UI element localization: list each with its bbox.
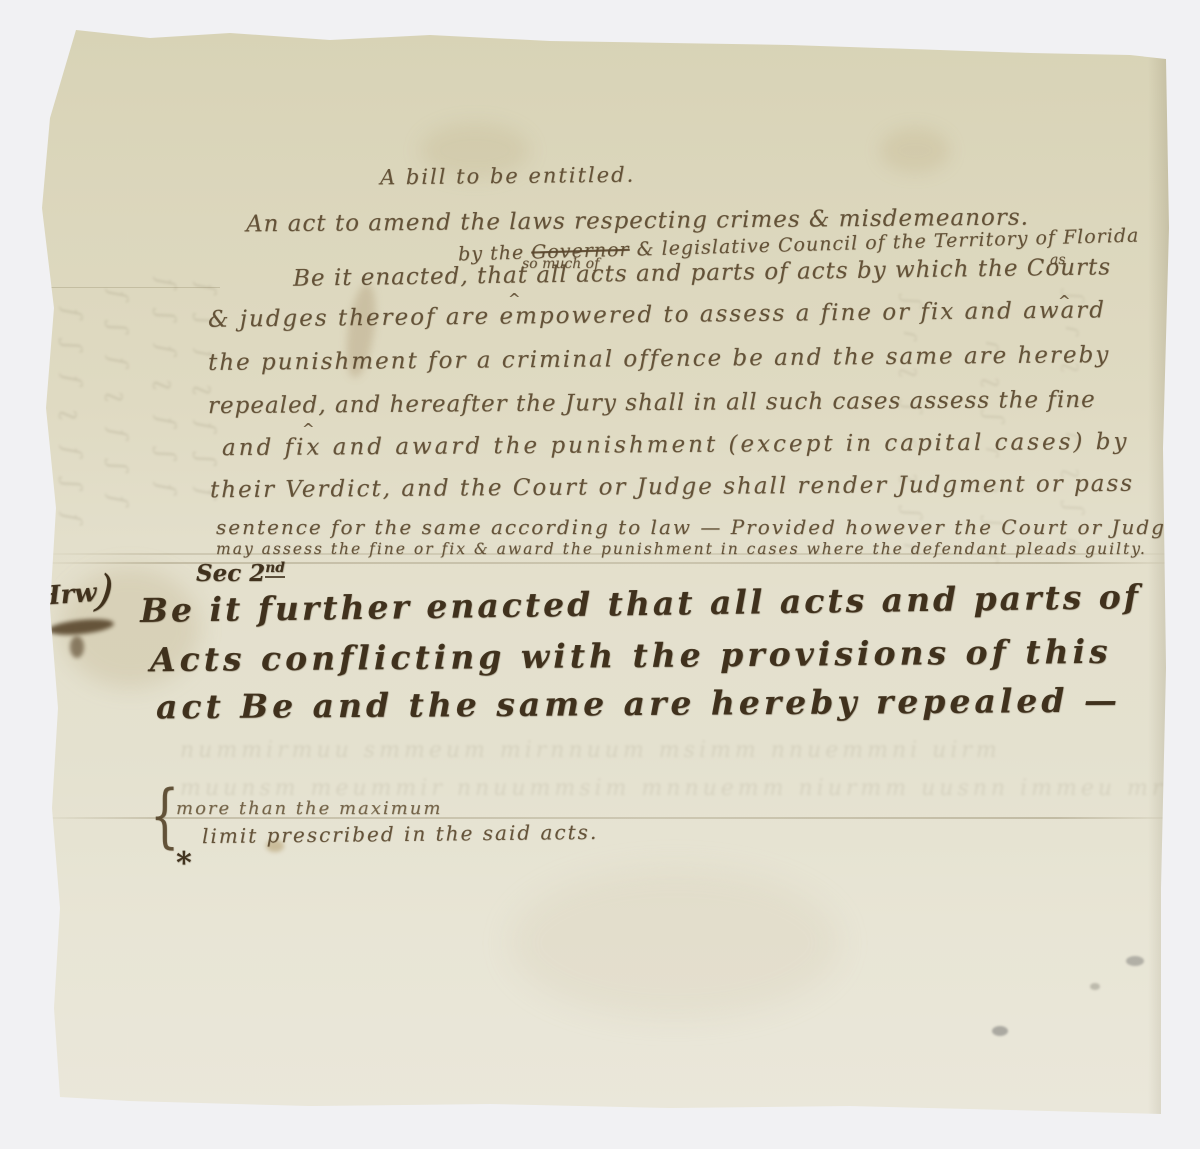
- body-line: act Be and the same are hereby repealed …: [156, 681, 1121, 727]
- section2-heading: Sec 2nd: [196, 560, 285, 587]
- body-line: and fix and award the punishment (except…: [222, 429, 1130, 461]
- body-line: sentence for the same according to law —…: [216, 515, 1180, 539]
- ink-smear: [70, 636, 84, 658]
- manuscript-page: ſ ʃ ſ ʅ ſ ʃ ſ ſ ʃ ſ ʅ ſ ʃ ſ ſ ʃ ſ ʅ ſ ʃ …: [30, 28, 1170, 1120]
- section-ordinal: nd: [265, 560, 285, 578]
- fragment-line: limit prescribed in the said acts.: [202, 820, 598, 848]
- paper-speck: [1090, 983, 1100, 990]
- bleed-through-marks: ſ ʃ ſ ʅ ſ ʃ ſ: [152, 278, 180, 558]
- asterisk-mark: *: [176, 846, 192, 881]
- scanned-document-view: ſ ʃ ſ ʅ ſ ʃ ſ ſ ʃ ſ ʅ ſ ʃ ſ ſ ʃ ſ ʅ ſ ʃ …: [0, 0, 1200, 1149]
- paper-stain: [510, 868, 840, 1018]
- edge-shadow: [1148, 28, 1170, 1120]
- body-line: Be it further enacted that all acts and …: [140, 577, 1141, 630]
- bleed-through-line: nummirmuu smmeum mirnnuum msimm nnuemmni…: [180, 738, 1001, 763]
- body-line: Acts conflicting with the provisions of …: [150, 632, 1112, 679]
- body-line: their Verdict, and the Court or Judge sh…: [210, 471, 1134, 503]
- fragment-bracket: {: [150, 775, 179, 856]
- bleed-through-marks: ſ ʃ ſ ʅ ſ ʃ ſ: [58, 308, 86, 558]
- bleed-through-marks: ʃ ɾ ʅ ʃ ɾ ʅ ʃ ɾ: [1060, 293, 1088, 553]
- ink-smear: [47, 617, 114, 638]
- body-line: the punishment for a criminal offence be…: [208, 342, 1110, 376]
- body-line: Be it enacted, that all acts and parts o…: [293, 254, 1111, 291]
- bleed-through-marks: ſ ʃ ſ ʅ ſ ʃ ſ: [104, 290, 132, 550]
- bill-title: A bill to be entitled.: [380, 163, 635, 190]
- paper-stain: [880, 128, 950, 173]
- body-line: may assess the fine or fix & award the p…: [216, 540, 1147, 558]
- body-line: & judges thereof are empowered to assess…: [208, 297, 1106, 332]
- section-word: Sec: [196, 560, 241, 587]
- margin-note: Hrw: [35, 578, 98, 612]
- fold-crease: [35, 287, 220, 288]
- section-number: 2: [249, 560, 265, 587]
- paper-speck: [992, 1026, 1008, 1036]
- paper-speck: [1126, 956, 1144, 966]
- body-line: repealed, and hereafter the Jury shall i…: [208, 387, 1096, 419]
- fragment-line: more than the maximum: [176, 798, 442, 819]
- margin-note-paren: ): [93, 565, 115, 618]
